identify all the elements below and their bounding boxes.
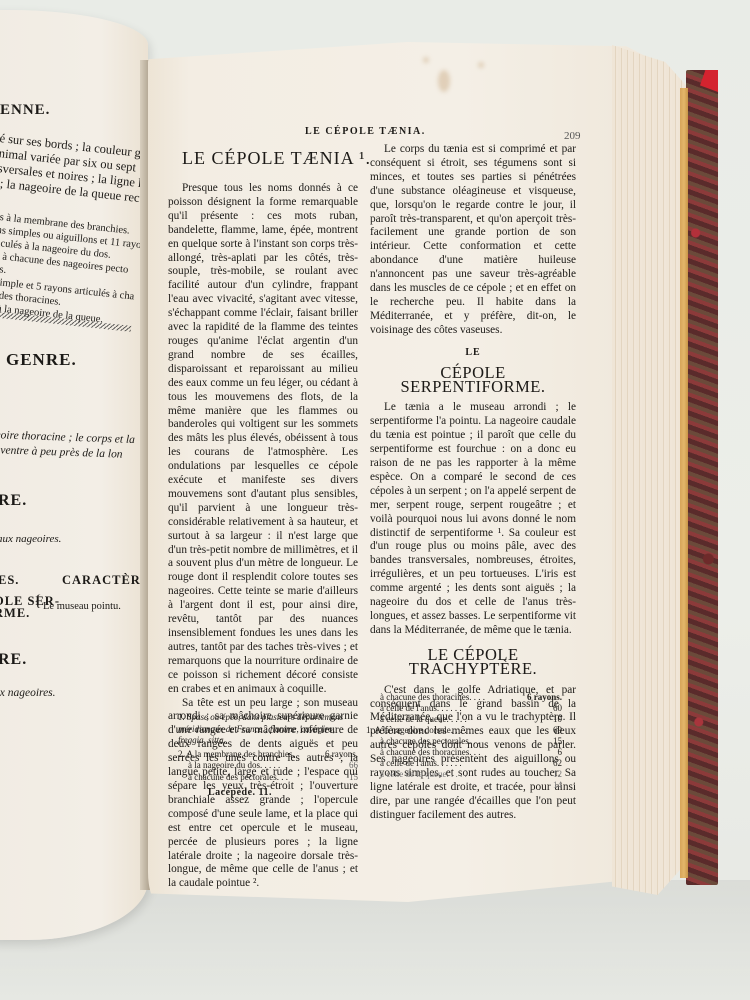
paragraph: Le corps du tænia est si comprimé et par…: [370, 143, 576, 338]
fin-row: à celle de l'anus. . . . . .60: [380, 703, 562, 714]
fin-value: 6 rayons.: [527, 692, 562, 703]
species-character: Le museau pointu.: [43, 599, 121, 614]
page-block-edge: [612, 45, 688, 895]
left-paragraph: illé sur ses bords ; la couleur gé l'ani…: [0, 130, 148, 207]
fin-label: à chacune des thoracines. . . .: [380, 692, 485, 703]
section-title-serpentiforme: CÉPOLE SERPENTIFORME.: [370, 366, 576, 394]
fin-value: 6: [558, 747, 563, 758]
fin-label: 1. A la nageoire dorsale. . . . .: [366, 725, 471, 736]
fin-row: 1. A la nageoire dorsale. . . . .69: [366, 725, 562, 736]
fin-row: à chacune des thoracines. . .6: [380, 747, 562, 758]
fin-label: à celle de l'anus. . . . . .: [380, 758, 462, 769]
fin-row: à celle de la queue. . . . .12: [380, 769, 562, 780]
signature-mark: Lacépède. 11.: [178, 787, 358, 799]
fin-label: à celle de la queue. . . . .: [380, 769, 467, 780]
section-subline: ux nageoires.: [0, 686, 56, 701]
fin-label: à celle de l'anus. . . . . .: [380, 703, 462, 714]
footnote-label: à chacune des pectorales. . .: [188, 772, 288, 784]
fin-row: à celle de l'anus. . . . . .62: [380, 758, 562, 769]
fin-value: 60: [553, 703, 562, 714]
fin-value: 12: [553, 769, 562, 780]
footnote-row: à la nageoire du dos. . . . . 66: [178, 760, 358, 772]
fin-row: à chacune des thoracines. . . .6 rayons.: [380, 692, 562, 703]
fin-label: à chacune des pectorales. . .: [380, 736, 480, 747]
paragraph: Le tænia a le museau arrondi ; le serpen…: [370, 401, 576, 637]
gilt-edge: [680, 88, 688, 878]
fin-value: 15: [553, 736, 562, 747]
fin-row: à celle de la queue. . . . .10: [380, 714, 562, 725]
section-subline: s aux nageoires.: [0, 532, 61, 547]
foxing-stain: [423, 57, 429, 63]
brace-icon: {: [34, 594, 42, 609]
footnote-row: à chacune des pectorales. . . 15: [178, 772, 358, 784]
fin-label: à celle de la queue. . . . .: [380, 714, 467, 725]
fin-ray-table: à chacune des thoracines. . . .6 rayons.…: [380, 692, 562, 791]
genre-description: neoire thoracine ; le corps et la le ven…: [0, 428, 135, 463]
footnote-value: 66: [349, 760, 358, 772]
section-heading: RE.: [0, 651, 27, 669]
footnote-value: 15: [349, 772, 358, 784]
section-heading: RE.: [0, 492, 27, 510]
foxing-stain: [438, 70, 450, 92]
footnote-label: 2. A la membrane des branchies.: [178, 749, 295, 761]
left-page: ENNE. illé sur ses bords ; la couleur gé…: [0, 10, 148, 940]
left-fin-list: ons à la membrane des branchies. rons si…: [0, 210, 148, 331]
paragraph: Presque tous les noms donnés à ce poisso…: [168, 182, 358, 697]
fin-value: 62: [553, 758, 562, 769]
marbled-cover: [686, 70, 718, 885]
fin-value: 10: [553, 714, 562, 725]
fin-value: 69: [553, 725, 562, 736]
running-head: LE CÉPOLE TÆNIA.: [305, 126, 426, 137]
footnote-1: 1. Spase ou épée, dans plusieurs départe…: [178, 712, 358, 747]
section-prefix: LE: [370, 346, 576, 360]
fin-label: à chacune des thoracines. . .: [380, 747, 480, 758]
left-page-title: ENNE.: [0, 102, 50, 119]
fin-row: à chacune des pectorales. . .15: [380, 736, 562, 747]
page-number: 209: [564, 130, 581, 142]
footnote-row: 2. A la membrane des branchies. 6 rayons…: [178, 749, 358, 761]
footnote-value: 6 rayons.: [325, 749, 358, 761]
foxing-stain: [478, 62, 484, 68]
fin-row: 14: [380, 780, 562, 791]
section-title-trachyptere: LE CÉPOLE TRACHYPTÈRE.: [370, 648, 576, 676]
table-header-left: ES.: [0, 573, 19, 588]
footnotes: 1. Spase ou épée, dans plusieurs départe…: [178, 712, 358, 799]
chapter-title: LE CÉPOLE TÆNIA ¹.: [182, 148, 371, 169]
table-header-right: CARACTÈRES.: [62, 573, 148, 588]
footnote-label: à la nageoire du dos. . . . .: [188, 760, 280, 772]
signature-number: 14: [553, 780, 562, 791]
genre-heading: GENRE.: [6, 350, 77, 370]
